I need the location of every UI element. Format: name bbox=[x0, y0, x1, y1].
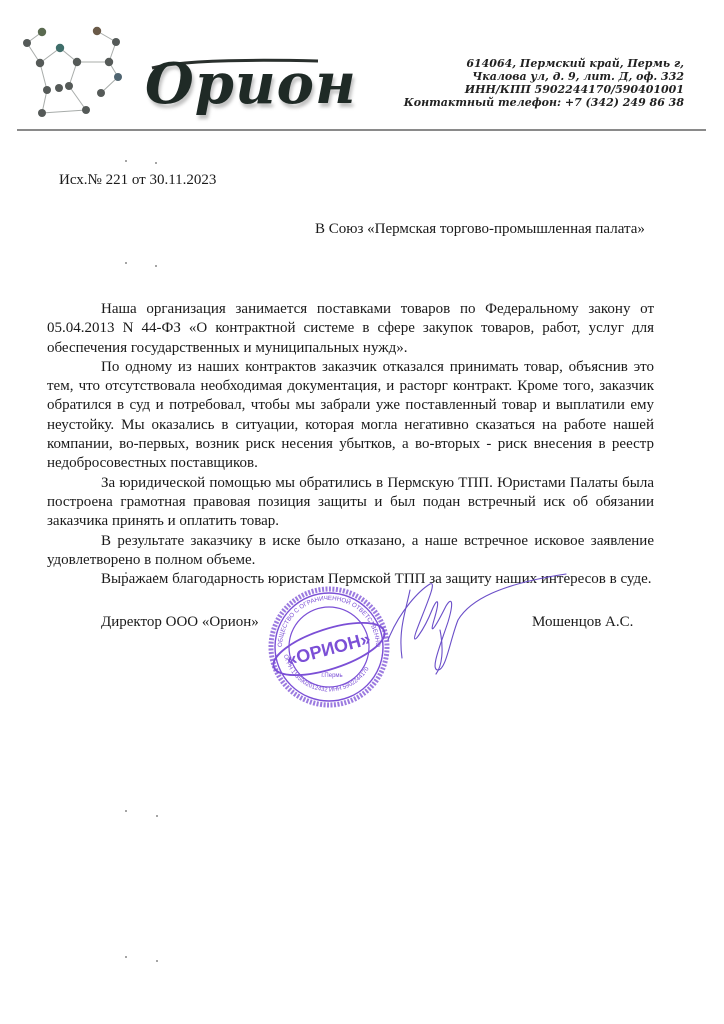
constellation-logo-icon bbox=[0, 0, 160, 130]
scan-speck bbox=[155, 162, 157, 164]
stamp-city: г.Пермь bbox=[321, 673, 342, 679]
scan-speck bbox=[155, 265, 157, 267]
scan-speck bbox=[156, 960, 158, 962]
outgoing-reference: Исх.№ 221 от 30.11.2023 bbox=[59, 172, 216, 189]
company-contact-block: 614064, Пермский край, Пермь г, Чкалова … bbox=[404, 57, 684, 109]
scan-speck bbox=[125, 956, 127, 958]
scan-speck bbox=[125, 262, 127, 264]
handwritten-signature-icon bbox=[380, 570, 570, 690]
scan-speck bbox=[156, 815, 158, 817]
paragraph: По одному из наших контрактов заказчик о… bbox=[47, 358, 654, 474]
scan-speck bbox=[125, 160, 127, 162]
recipient: В Союз «Пермская торгово-промышленная па… bbox=[315, 221, 645, 238]
address-line-1: 614064, Пермский край, Пермь г, bbox=[404, 57, 684, 70]
stamp-center-text: «ОРИОН» bbox=[284, 628, 372, 670]
company-logo-text: Орион bbox=[145, 56, 357, 112]
contact-phone: Контактный телефон: +7 (342) 249 86 38 bbox=[404, 96, 684, 109]
address-line-2: Чкалова ул, д. 9, лит. Д, оф. 332 bbox=[404, 70, 684, 83]
inn-kpp: ИНН/КПП 5902244170/590401001 bbox=[404, 83, 684, 96]
paragraph: Наша организация занимается поставками т… bbox=[47, 300, 654, 358]
company-seal-icon: ОБЩЕСТВО С ОГРАНИЧЕННОЙ ОТВЕТСТВЕННОСТЬЮ… bbox=[262, 585, 397, 710]
signatory-title: Директор ООО «Орион» bbox=[101, 614, 259, 631]
scan-speck bbox=[125, 810, 127, 812]
paragraph: За юридической помощью мы обратились в П… bbox=[47, 474, 654, 532]
letter-body: Наша организация занимается поставками т… bbox=[47, 300, 654, 589]
paragraph: В результате заказчику в иске было отказ… bbox=[47, 532, 654, 571]
header-divider bbox=[17, 129, 706, 131]
letter-page: Орион 614064, Пермский край, Пермь г, Чк… bbox=[0, 0, 724, 1024]
